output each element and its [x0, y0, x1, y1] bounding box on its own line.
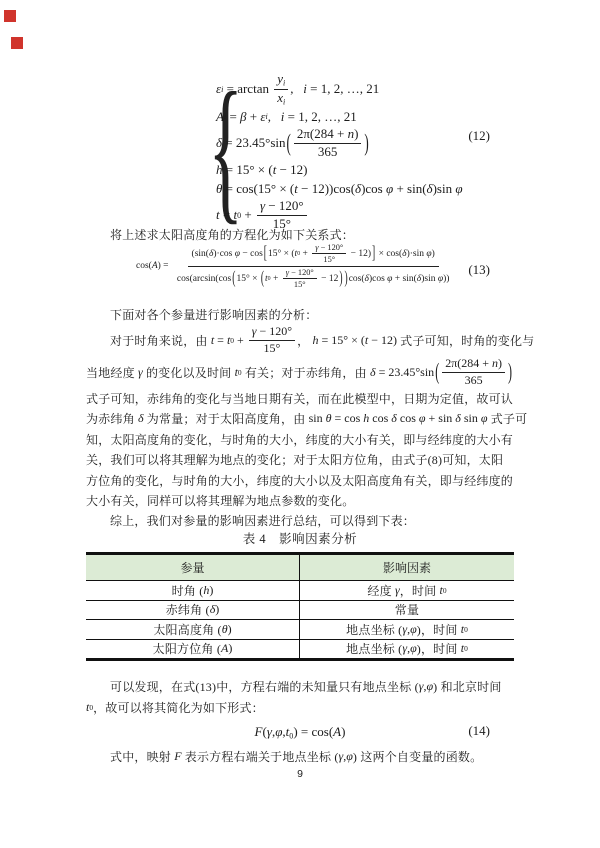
math-segment: 关，我们可以将其理解为地点的变化；对于太阳方位角，由式子(8)可知，太阳 [86, 451, 503, 468]
math-segment: ) [364, 128, 368, 158]
math-segment: i [283, 79, 285, 88]
math-segment: − 12))cos( [298, 181, 355, 197]
table-cell-param: 太阳方位角 (A) [86, 640, 300, 659]
table-header-cell: 参量 [86, 555, 300, 580]
equation-number-14: (14) [468, 723, 490, 739]
math-segment: )，时间 [417, 621, 461, 638]
equation-system-12: { εi = arctan yixi, i = 1, 2, …, 21 Ai =… [86, 70, 514, 228]
table-row: 太阳高度角 (θ) 地点坐标 (γ,φ)，时间 t0 [86, 620, 514, 640]
math-segment: = 1, 2, …, 21 [307, 81, 379, 97]
fraction-denominator: cos(arcsin(cos(15° × (t0 + γ − 120°15° −… [173, 267, 454, 291]
math-segment: 地点坐标 ( [346, 621, 402, 638]
table-row: 赤纬角 (δ) 常量 [86, 601, 514, 621]
math-segment: φ [410, 641, 417, 656]
math-segment: = cos(15° × ( [222, 181, 294, 197]
math-segment: ，时间 [400, 582, 440, 599]
math-segment: 15° [323, 255, 335, 264]
inline-fraction: γ − 120°15° [283, 268, 317, 290]
math-segment: 时角 ( [172, 582, 204, 599]
math-segment: = 23.45°sin [376, 365, 435, 380]
text-line: 式中，映射 F 表示方程右端关于地点坐标 (γ,φ) 这两个自变量的函数。 [86, 746, 514, 767]
math-segment: 下面对各个参量进行影响因素的分析： [110, 306, 317, 323]
math-segment: , [268, 109, 281, 125]
math-segment: cos(arcsin(cos [177, 274, 231, 284]
text-line: t0，故可以将其简化为如下形式： [86, 697, 514, 718]
math-segment: 为赤纬角 [86, 410, 138, 427]
math-segment: 当地经度 [86, 364, 138, 381]
inline-fraction: γ − 120°15° [249, 325, 295, 355]
math-segment: − cos [240, 249, 263, 259]
math-segment: − 120° [319, 243, 344, 252]
math-segment: A [221, 641, 228, 656]
math-segment: φ [427, 679, 434, 694]
math-segment: sin [309, 411, 326, 426]
equation-lines: εi = arctan yixi, i = 1, 2, …, 21 Ai = β… [216, 72, 514, 231]
table-cell-param: 太阳高度角 (θ) [86, 620, 300, 639]
equation-line: h = 15° × (t − 12) [216, 161, 514, 178]
inline-fraction: 2π(284 + n)365 [294, 127, 362, 159]
table-cell-param: 时角 (h) [86, 581, 300, 600]
math-segment: = 1, 2, …, 21 [284, 109, 356, 125]
math-segment: − 12) [348, 249, 371, 259]
math-segment: 常量 [395, 601, 419, 618]
math-segment: cos [369, 411, 391, 426]
math-segment: = 23.45°sin [222, 135, 285, 151]
table-cell-param: 赤纬角 (δ) [86, 601, 300, 620]
math-segment: )·sin [407, 249, 427, 259]
math-segment: 2π(284 + [445, 356, 492, 370]
math-segment: − 12) [276, 162, 307, 178]
math-segment: 式子可知，时角的变化与 [397, 332, 534, 349]
math-segment: 0 [464, 644, 468, 653]
math-segment: )) [443, 274, 449, 284]
math-segment: )·cos [213, 249, 234, 259]
paragraph-transform-intro: 将上述求太阳高度角的方程化为如下关系式： [86, 226, 514, 243]
table-cell-factor: 地点坐标 (γ,φ)，时间 t0 [300, 620, 514, 639]
math-segment: 15° × ( [268, 249, 295, 259]
table-row: 时角 (h) 经度 γ，时间 t0 [86, 581, 514, 601]
math-segment: F [174, 749, 181, 764]
table-cell-factor: 地点坐标 (γ,φ)，时间 t0 [300, 640, 514, 659]
math-segment: )sin [421, 274, 438, 284]
text-line: 对于时角来说，由 t = t0 + γ − 120°15°， h = 15° ×… [86, 324, 514, 356]
equation-number-13: (13) [468, 262, 490, 278]
equation-line: εi = arctan yixi, i = 1, 2, …, 21 [216, 72, 514, 106]
math-segment: [ [264, 244, 267, 263]
math-segment: 有关；对于赤纬角，由 [242, 364, 370, 381]
math-segment: cos( [136, 261, 152, 271]
math-segment: ) [432, 249, 435, 259]
table-header-cell: 影响因素 [300, 555, 514, 580]
math-segment: 对于时角来说，由 [110, 332, 211, 349]
math-segment: i [283, 97, 285, 106]
math-segment: 赤纬角 ( [166, 601, 210, 618]
math-segment: )cos [369, 274, 387, 284]
analysis-section: 下面对各个参量进行影响因素的分析： 对于时角来说，由 t = t0 + γ − … [86, 304, 514, 531]
inline-fraction: yixi [274, 72, 288, 106]
math-segment: 太阳高度角 ( [153, 621, 221, 638]
math-segment: − 120° [289, 268, 314, 277]
math-segment: = arctan [223, 81, 272, 97]
math-segment: ( [261, 269, 264, 288]
text-line: 关，我们可以将其理解为地点的变化；对于太阳方位角，由式子(8)可知，太阳 [86, 450, 514, 470]
math-segment: ) [228, 641, 232, 656]
math-segment: φ [419, 411, 426, 426]
math-segment: ( [232, 269, 235, 288]
math-segment: cos( [349, 274, 365, 284]
red-annotation-mark [11, 37, 23, 49]
math-segment: 太阳方位角 ( [153, 640, 221, 657]
math-segment: φ [410, 622, 417, 637]
math-segment: ) 和北京时间 [433, 678, 501, 695]
math-segment: ) [354, 126, 358, 141]
text-line: 可以发现，在式(13)中，方程右端的未知量只有地点坐标 (γ,φ) 和北京时间 [86, 676, 514, 697]
inline-fraction: γ − 120°15° [312, 243, 346, 265]
math-segment: = cos [332, 411, 364, 426]
math-segment: ) = cos( [293, 724, 333, 739]
math-segment: + [300, 249, 310, 259]
math-segment: + sin [426, 411, 456, 426]
math-segment: ， [297, 332, 312, 349]
math-segment: , [290, 81, 303, 97]
math-segment: 0 [443, 586, 447, 595]
math-segment: )，时间 [417, 640, 461, 657]
math-segment: 2π(284 + [297, 126, 348, 141]
text-line: 大小有关，同样可以将其理解为地点参数的变化。 [86, 490, 514, 510]
fraction-numerator: (sin(δ)·cos φ − cos[15° × (t0 + γ − 120°… [188, 242, 439, 267]
math-segment: + [241, 207, 255, 223]
math-segment: 地点坐标 ( [346, 640, 402, 657]
math-segment: A [333, 724, 341, 739]
table-cell-factor: 常量 [300, 601, 514, 620]
math-segment: 式子可 [488, 410, 528, 427]
influence-factor-table-section: 表 4 影响因素分析 参量 影响因素 时角 (h) 经度 γ，时间 t0 赤纬角… [86, 528, 514, 661]
math-segment: − 120° [257, 324, 293, 338]
math-segment: ] [372, 244, 375, 263]
math-segment: A [216, 109, 224, 125]
math-segment: sin [461, 411, 481, 426]
equation-fraction: (sin(δ)·cos φ − cos[15° × (t0 + γ − 120°… [173, 242, 454, 290]
math-segment: ) [215, 602, 219, 617]
equation-line: Ai = β + εi, i = 1, 2, …, 21 [216, 108, 514, 125]
math-segment: 综上，我们对参量的影响因素进行总结，可以得到下表： [110, 512, 415, 529]
math-segment: + [234, 333, 247, 348]
math-segment: ) [341, 724, 345, 739]
equation-lhs: cos(A) = [136, 261, 171, 271]
math-segment: 365 [318, 144, 338, 159]
math-segment: × cos( [376, 249, 402, 259]
math-segment: ( [287, 128, 291, 158]
red-annotation-mark [4, 10, 16, 22]
math-segment: − 12 [319, 274, 339, 284]
text-line: 方位角的变化，与时角的大小，纬度的大小以及太阳高度角有关，即与经纬度的 [86, 470, 514, 490]
document-page: { "page": { "number": "9", "background":… [0, 0, 600, 848]
math-segment: cos [397, 411, 419, 426]
math-segment: + sin( [392, 274, 416, 284]
math-segment: 可以发现，在式(13)中，方程右端的未知量只有地点坐标 ( [110, 678, 419, 695]
math-segment: (sin( [192, 249, 209, 259]
math-segment: + [247, 109, 261, 125]
text-line: 当地经度 γ 的变化以及时间 t0 有关；对于赤纬角，由 δ = 23.45°s… [86, 356, 514, 388]
math-segment: 方位角的变化，与时角的大小，纬度的大小以及太阳高度角有关，即与经纬度的 [86, 472, 513, 489]
math-segment: ) [345, 269, 348, 288]
equation-13: cos(A) = (sin(δ)·cos φ − cos[15° × (t0 +… [86, 242, 514, 304]
math-segment: ) = [158, 261, 171, 271]
math-segment: )cos [361, 181, 386, 197]
math-segment: − 120° [265, 198, 304, 213]
math-segment: 式子可知，赤纬角的变化与当地日期有关，而在此模型中，日期为定值，故可认 [86, 390, 513, 407]
math-segment: ) [498, 356, 502, 370]
math-segment: ) [228, 622, 232, 637]
math-segment: ，故可以将其简化为如下形式： [93, 699, 264, 716]
math-segment: ) 这两个自变量的函数。 [353, 748, 482, 765]
math-segment: 表示方程右端关于地点坐标 ( [182, 748, 339, 765]
table-cell-factor: 经度 γ，时间 t0 [300, 581, 514, 600]
math-segment: )sin [433, 181, 456, 197]
math-segment: φ [455, 181, 462, 197]
equation-number-12: (12) [468, 128, 490, 144]
math-segment: ) [339, 269, 342, 288]
math-segment: + sin( [393, 181, 426, 197]
text-line: 为赤纬角 δ 为常量；对于太阳高度角，由 sin θ = cos h cos δ… [86, 409, 514, 429]
math-segment: = 15° × ( [319, 333, 365, 348]
math-segment: = [220, 207, 234, 223]
math-segment: 15° [264, 341, 281, 355]
math-segment: φ [481, 411, 488, 426]
math-segment: 15° [294, 280, 306, 289]
math-segment: F [255, 724, 263, 739]
math-segment: ( [435, 358, 439, 387]
math-segment: 15° × [236, 274, 259, 284]
math-segment: ) [209, 583, 213, 598]
equation-14: F(γ,φ,t0) = cos(A) (14) [86, 718, 514, 746]
text-line: 式子可知，赤纬角的变化与当地日期有关，而在此模型中，日期为定值，故可认 [86, 388, 514, 408]
table-title: 表 4 影响因素分析 [86, 528, 514, 550]
math-segment: 知，太阳高度角的变化，与时角的大小，纬度的大小有关，即与经纬度的大小有 [86, 431, 513, 448]
math-segment: ) [508, 358, 512, 387]
math-segment: − 12) [368, 333, 397, 348]
math-segment: 经度 [367, 582, 395, 599]
math-segment: 365 [465, 373, 483, 387]
equation-line: θ = cos(15° × (t − 12))cos(δ)cos φ + sin… [216, 180, 514, 197]
equation-body: F(γ,φ,t0) = cos(A) [255, 724, 346, 741]
math-segment: + [271, 274, 281, 284]
math-segment: 大小有关，同样可以将其理解为地点参数的变化。 [86, 492, 354, 509]
conclusion-section: 可以发现，在式(13)中，方程右端的未知量只有地点坐标 (γ,φ) 和北京时间 … [86, 676, 514, 767]
math-segment: 的变化以及时间 [143, 364, 235, 381]
math-segment: φ [386, 181, 393, 197]
equation-row: cos(A) = (sin(δ)·cos φ − cos[15° × (t0 +… [86, 242, 514, 290]
inline-fraction: 2π(284 + n)365 [442, 357, 505, 387]
math-segment: = [226, 109, 240, 125]
table-row: 太阳方位角 (A) 地点坐标 (γ,φ)，时间 t0 [86, 640, 514, 659]
math-segment: 0 [464, 625, 468, 634]
math-segment: = [214, 333, 227, 348]
math-segment: 为常量；对于太阳高度角，由 [144, 410, 309, 427]
math-segment: = 15° × ( [223, 162, 273, 178]
influence-factor-table: 参量 影响因素 时角 (h) 经度 γ，时间 t0 赤纬角 (δ) 常量 太阳高… [86, 552, 514, 661]
text-line: 知，太阳高度角的变化，与时角的大小，纬度的大小有关，即与经纬度的大小有 [86, 429, 514, 449]
text-line: 下面对各个参量进行影响因素的分析： [86, 304, 514, 324]
math-segment: 式中，映射 [110, 748, 174, 765]
table-header-row: 参量 影响因素 [86, 555, 514, 581]
page-number: 9 [0, 768, 600, 780]
math-segment: φ [346, 749, 353, 764]
